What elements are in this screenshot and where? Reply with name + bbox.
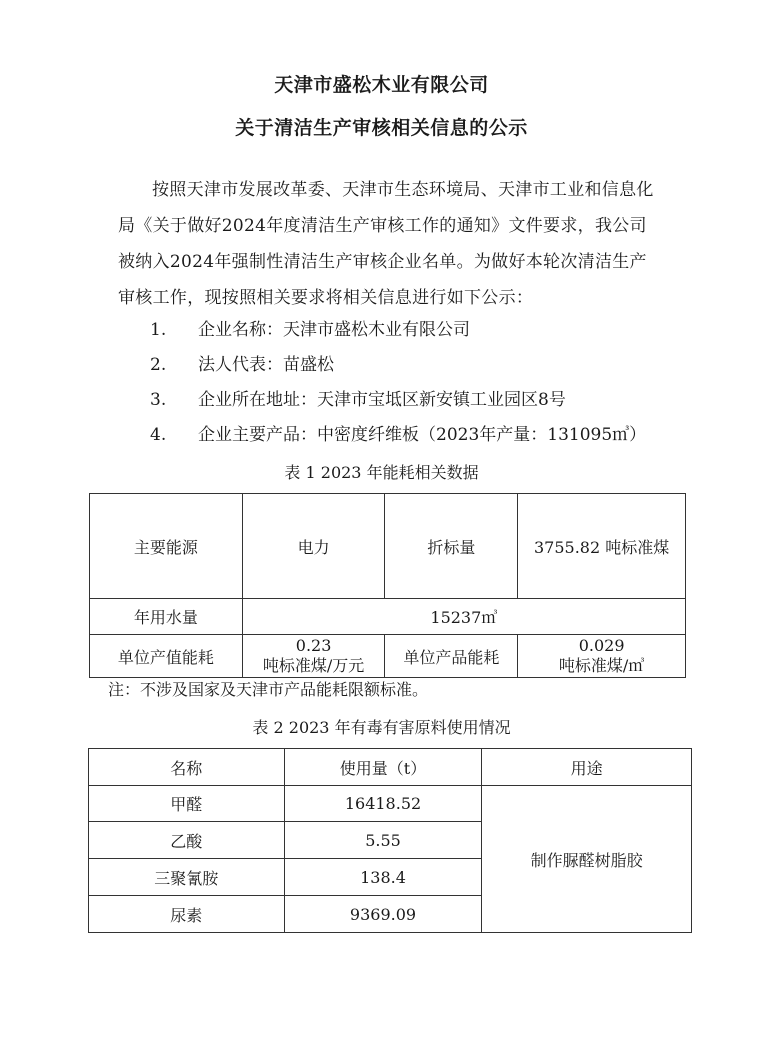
energy-table: 主要能源 电力 折标量 3755.82 吨标准煤 年用水量 15237㎥ 单位产… <box>89 493 686 678</box>
table-cell: 单位产值能耗 <box>90 635 243 678</box>
table-cell: 电力 <box>242 494 385 599</box>
list-item: 4.企业主要产品：中密度纤维板（2023年产量：131095㎥） <box>150 423 646 447</box>
table-cell: 5.55 <box>284 822 482 859</box>
table-cell: 15237㎥ <box>242 599 685 635</box>
table-cell: 年用水量 <box>90 599 243 635</box>
item-text: 企业主要产品：中密度纤维板（2023年产量：131095㎥） <box>198 425 646 445</box>
table-cell: 138.4 <box>284 859 482 896</box>
table-cell: 主要能源 <box>90 494 243 599</box>
table-cell: 3755.82 吨标准煤 <box>518 494 686 599</box>
table-row: 年用水量 15237㎥ <box>90 599 686 635</box>
item-number: 1. <box>150 318 198 342</box>
table-cell: 尿素 <box>89 896 285 933</box>
table-cell: 16418.52 <box>284 786 482 822</box>
materials-table: 名称 使用量（t） 用途 甲醛 16418.52 制作脲醛树脂胶 乙酸 5.55… <box>88 748 692 933</box>
intro-paragraph: 按照天津市发展改革委、天津市生态环境局、天津市工业和信息化局《关于做好2024年… <box>118 172 658 316</box>
header-cell: 名称 <box>89 749 285 786</box>
table-cell: 折标量 <box>385 494 518 599</box>
table1-note: 注：不涉及国家及天津市产品能耗限额标准。 <box>108 677 428 700</box>
item-number: 3. <box>150 388 198 412</box>
table-cell: 甲醛 <box>89 786 285 822</box>
item-text: 企业名称：天津市盛松木业有限公司 <box>198 320 470 340</box>
table-cell: 9369.09 <box>284 896 482 933</box>
table-row: 甲醛 16418.52 制作脲醛树脂胶 <box>89 786 692 822</box>
list-item: 1.企业名称：天津市盛松木业有限公司 <box>150 318 470 342</box>
list-item: 2.法人代表：苗盛松 <box>150 353 334 377</box>
table2-caption: 表 2 2023 年有毒有害原料使用情况 <box>0 715 763 738</box>
item-text: 企业所在地址：天津市宝坻区新安镇工业园区8号 <box>198 390 566 410</box>
table-cell: 0.23 吨标准煤/万元 <box>242 635 385 678</box>
table-header-row: 名称 使用量（t） 用途 <box>89 749 692 786</box>
company-title: 天津市盛松木业有限公司 <box>0 70 763 97</box>
table-row: 主要能源 电力 折标量 3755.82 吨标准煤 <box>90 494 686 599</box>
purpose-cell: 制作脲醛树脂胶 <box>482 786 692 933</box>
item-text: 法人代表：苗盛松 <box>198 355 334 375</box>
value-unit: 吨标准煤/万元 <box>243 656 385 676</box>
item-number: 2. <box>150 353 198 377</box>
header-cell: 用途 <box>482 749 692 786</box>
table-cell: 0.029 吨标准煤/㎥ <box>518 635 686 678</box>
list-item: 3.企业所在地址：天津市宝坻区新安镇工业园区8号 <box>150 388 566 412</box>
item-number: 4. <box>150 423 198 447</box>
table1-caption: 表 1 2023 年能耗相关数据 <box>0 460 763 483</box>
table-cell: 单位产品能耗 <box>385 635 518 678</box>
header-cell: 使用量（t） <box>284 749 482 786</box>
table-cell: 乙酸 <box>89 822 285 859</box>
value-unit: 吨标准煤/㎥ <box>518 656 685 676</box>
value-number: 0.029 <box>518 636 685 656</box>
table-row: 单位产值能耗 0.23 吨标准煤/万元 单位产品能耗 0.029 吨标准煤/㎥ <box>90 635 686 678</box>
notice-title: 关于清洁生产审核相关信息的公示 <box>0 113 763 140</box>
table-cell: 三聚氰胺 <box>89 859 285 896</box>
value-number: 0.23 <box>243 636 385 656</box>
